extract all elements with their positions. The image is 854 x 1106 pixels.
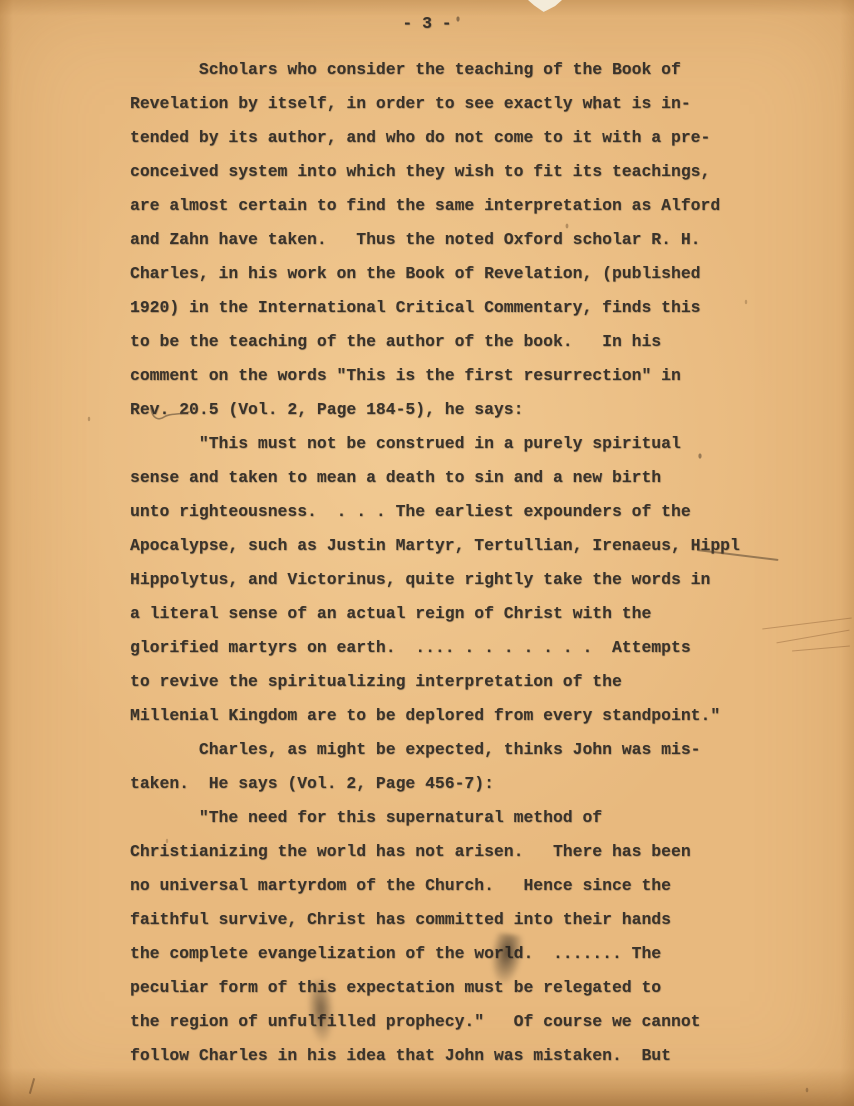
paper-speckles bbox=[0, 0, 2, 4]
typewritten-line: glorified martyrs on earth. .... . . . .… bbox=[130, 631, 740, 665]
pencil-mark bbox=[149, 406, 191, 424]
scratch-mark bbox=[792, 645, 850, 651]
typewritten-line: conceived system into which they wish to… bbox=[130, 155, 740, 189]
crease-mark bbox=[29, 1078, 35, 1094]
typewritten-line: the complete evangelization of the world… bbox=[130, 937, 740, 971]
typewritten-line: Hippolytus, and Victorinus, quite rightl… bbox=[130, 563, 740, 597]
typewritten-line: Charles, as might be expected, thinks Jo… bbox=[130, 733, 740, 767]
typewritten-line: Millenial Kingdom are to be deplored fro… bbox=[130, 699, 740, 733]
typewritten-line: follow Charles in his idea that John was… bbox=[130, 1039, 740, 1073]
typewritten-line: comment on the words "This is the first … bbox=[130, 359, 740, 393]
typewritten-line: the region of unfulfilled prophecy." Of … bbox=[130, 1005, 740, 1039]
typewritten-line: Christianizing the world has not arisen.… bbox=[130, 835, 740, 869]
typewritten-line: and Zahn have taken. Thus the noted Oxfo… bbox=[130, 223, 740, 257]
typewritten-text: Scholars who consider the teaching of th… bbox=[130, 53, 740, 1073]
typewritten-line: are almost certain to find the same inte… bbox=[130, 189, 740, 223]
typewritten-line: no universal martyrdom of the Church. He… bbox=[130, 869, 740, 903]
typewritten-line: taken. He says (Vol. 2, Page 456-7): bbox=[130, 767, 740, 801]
typewritten-line: Rev. 20.5 (Vol. 2, Page 184-5), he says: bbox=[130, 393, 740, 427]
typewritten-line: "This must not be construed in a purely … bbox=[130, 427, 740, 461]
scratch-mark bbox=[776, 630, 849, 644]
scratch-mark bbox=[762, 618, 851, 630]
typewritten-line: tended by its author, and who do not com… bbox=[130, 121, 740, 155]
typewritten-line: peculiar form of this expectation must b… bbox=[130, 971, 740, 1005]
typewritten-line: Charles, in his work on the Book of Reve… bbox=[130, 257, 740, 291]
typewritten-line: unto righteousness. . . . The earliest e… bbox=[130, 495, 740, 529]
typewritten-line: faithful survive, Christ has committed i… bbox=[130, 903, 740, 937]
typewritten-line: to be the teaching of the author of the … bbox=[130, 325, 740, 359]
document-page: - 3 - Scholars who consider the teaching… bbox=[0, 0, 854, 1106]
paper-tear bbox=[528, 0, 562, 12]
typewritten-line: Apocalypse, such as Justin Martyr, Tertu… bbox=[130, 529, 740, 563]
typewritten-line: 1920) in the International Critical Comm… bbox=[130, 291, 740, 325]
typewritten-line: Revelation by itself, in order to see ex… bbox=[130, 87, 740, 121]
typewritten-line: to revive the spiritualizing interpretat… bbox=[130, 665, 740, 699]
typewritten-line: sense and taken to mean a death to sin a… bbox=[130, 461, 740, 495]
typewritten-line: a literal sense of an actual reign of Ch… bbox=[130, 597, 740, 631]
typewritten-line: Scholars who consider the teaching of th… bbox=[130, 53, 740, 87]
page-number: - 3 - bbox=[0, 13, 854, 35]
typewritten-line: "The need for this supernatural method o… bbox=[130, 801, 740, 835]
